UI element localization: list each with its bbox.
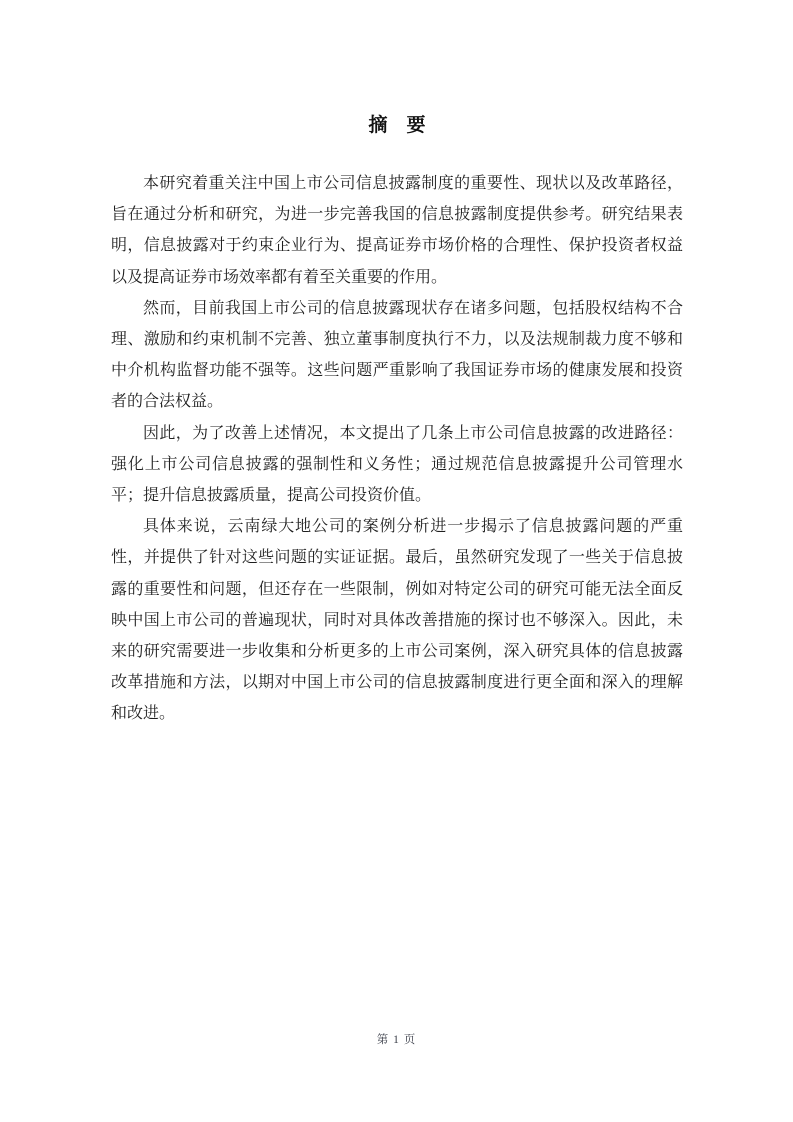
- abstract-title: 摘 要: [111, 112, 683, 139]
- abstract-paragraph: 然而，目前我国上市公司的信息披露现状存在诸多问题，包括股权结构不合理、激励和约束…: [111, 293, 683, 418]
- abstract-paragraph: 因此，为了改善上述情况，本文提出了几条上市公司信息披露的改进路径：强化上市公司信…: [111, 418, 683, 512]
- document-page: 摘 要 本研究着重关注中国上市公司信息披露制度的重要性、现状以及改革路径，旨在通…: [0, 0, 793, 1122]
- abstract-body: 本研究着重关注中国上市公司信息披露制度的重要性、现状以及改革路径，旨在通过分析和…: [111, 168, 683, 730]
- abstract-paragraph: 具体来说，云南绿大地公司的案例分析进一步揭示了信息披露问题的严重性，并提供了针对…: [111, 511, 683, 729]
- page-number: 第 1 页: [0, 1032, 793, 1048]
- abstract-paragraph: 本研究着重关注中国上市公司信息披露制度的重要性、现状以及改革路径，旨在通过分析和…: [111, 168, 683, 293]
- page-content: 摘 要 本研究着重关注中国上市公司信息披露制度的重要性、现状以及改革路径，旨在通…: [111, 0, 683, 730]
